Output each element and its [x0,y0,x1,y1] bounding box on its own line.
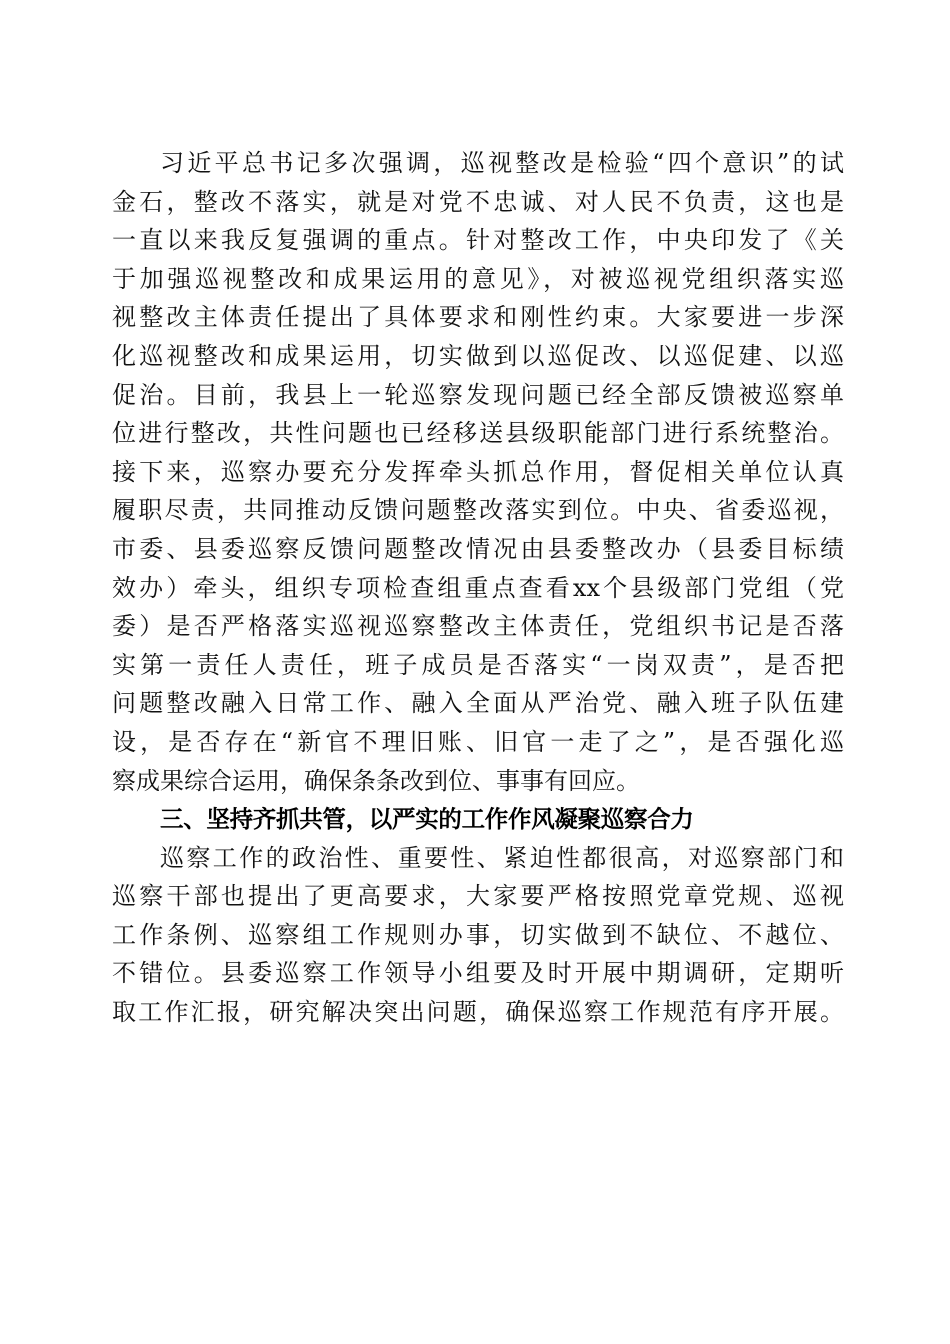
text-line: 履职尽责，共同推动反馈问题整改落实到位。中央、省委巡视， [112,491,844,530]
text-line: 市委、县委巡察反馈问题整改情况由县委整改办（县委目标绩 [112,530,844,569]
document-page: 习近平总书记多次强调，巡视整改是检验“四个意识”的试 金石，整改不落实，就是对党… [112,144,844,1032]
text-line: 视整改主体责任提出了具体要求和刚性约束。大家要进一步深 [112,298,844,337]
text-line: 设，是否存在“新官不理旧账、旧官一走了之”，是否强化巡 [112,723,844,762]
text-line: 工作条例、巡察组工作规则办事，切实做到不缺位、不越位、 [112,916,844,955]
text-line: 一直以来我反复强调的重点。针对整改工作，中央印发了《关 [112,221,844,260]
paragraph-inspection-rectification: 习近平总书记多次强调，巡视整改是检验“四个意识”的试 金石，整改不落实，就是对党… [112,144,844,800]
text-line: 金石，整改不落实，就是对党不忠诚、对人民不负责，这也是 [112,183,844,222]
text-line: 化巡视整改和成果运用，切实做到以巡促改、以巡促建、以巡 [112,337,844,376]
paragraph-work-style: 巡察工作的政治性、重要性、紧迫性都很高，对巡察部门和 巡察干部也提出了更高要求，… [112,839,844,1032]
section-heading: 三、坚持齐抓共管，以严实的工作作风凝聚巡察合力 [112,800,844,839]
text-line: 效办）牵头，组织专项检查组重点查看xx个县级部门党组（党 [112,569,844,608]
text-line: 取工作汇报，研究解决突出问题，确保巡察工作规范有序开展。 [112,993,844,1032]
text-line: 实第一责任人责任，班子成员是否落实“一岗双责”，是否把 [112,646,844,685]
text-line: 于加强巡视整改和成果运用的意见》，对被巡视党组织落实巡 [112,260,844,299]
text-line: 促治。目前，我县上一轮巡察发现问题已经全部反馈被巡察单 [112,376,844,415]
text-line: 不错位。县委巡察工作领导小组要及时开展中期调研，定期听 [112,954,844,993]
text-line: 巡察工作的政治性、重要性、紧迫性都很高，对巡察部门和 [112,839,844,878]
text-line: 习近平总书记多次强调，巡视整改是检验“四个意识”的试 [112,144,844,183]
text-line: 接下来，巡察办要充分发挥牵头抓总作用，督促相关单位认真 [112,453,844,492]
text-line: 位进行整改，共性问题也已经移送县级职能部门进行系统整治。 [112,414,844,453]
text-line: 委）是否严格落实巡视巡察整改主体责任，党组织书记是否落 [112,607,844,646]
text-line: 巡察干部也提出了更高要求，大家要严格按照党章党规、巡视 [112,877,844,916]
text-line: 察成果综合运用，确保条条改到位、事事有回应。 [112,762,844,801]
text-line: 问题整改融入日常工作、融入全面从严治党、融入班子队伍建 [112,684,844,723]
